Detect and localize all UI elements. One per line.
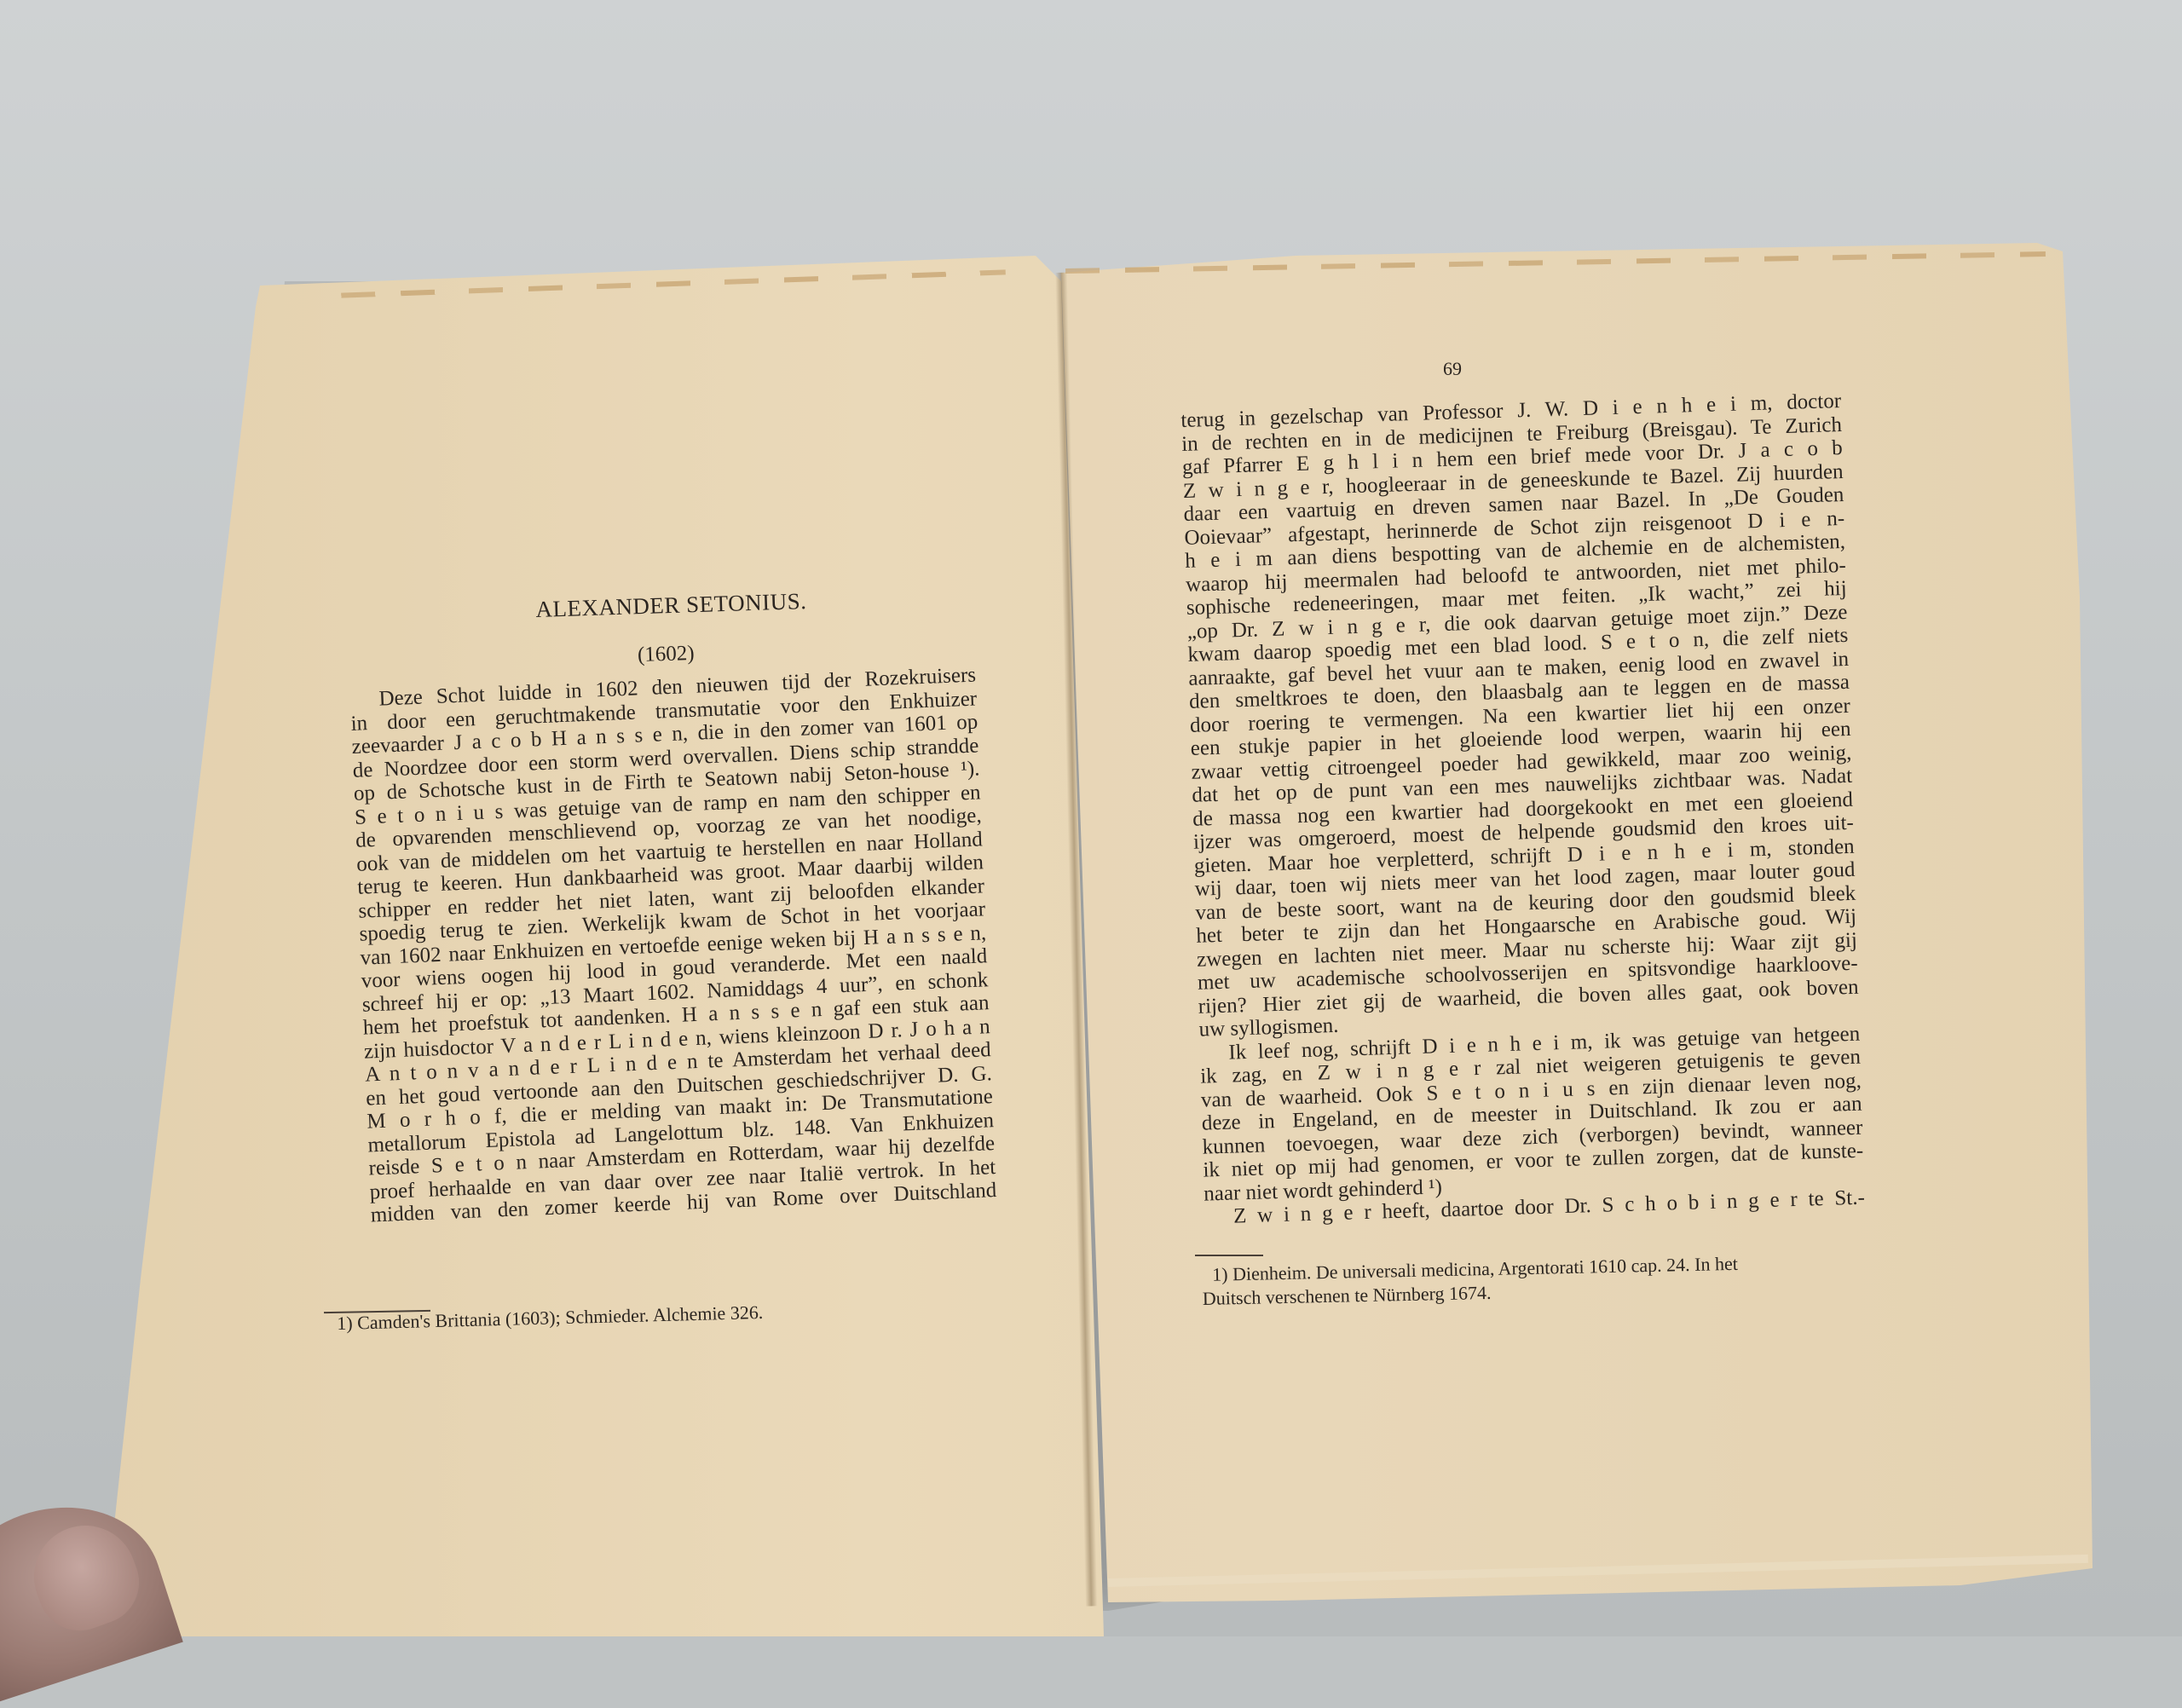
chapter-year: (1602) bbox=[638, 642, 696, 667]
photo-background: ALEXANDER SETONIUS. (1602) Deze Schot lu… bbox=[0, 0, 2182, 1636]
right-footnote-rule bbox=[1195, 1255, 1263, 1256]
right-page-body: terug in gezelschap van Professor J. W. … bbox=[1180, 389, 1865, 1229]
page-number: 69 bbox=[1443, 358, 1462, 380]
left-page-body: Deze Schot luidde in 1602 den nieuwen ti… bbox=[349, 664, 997, 1227]
